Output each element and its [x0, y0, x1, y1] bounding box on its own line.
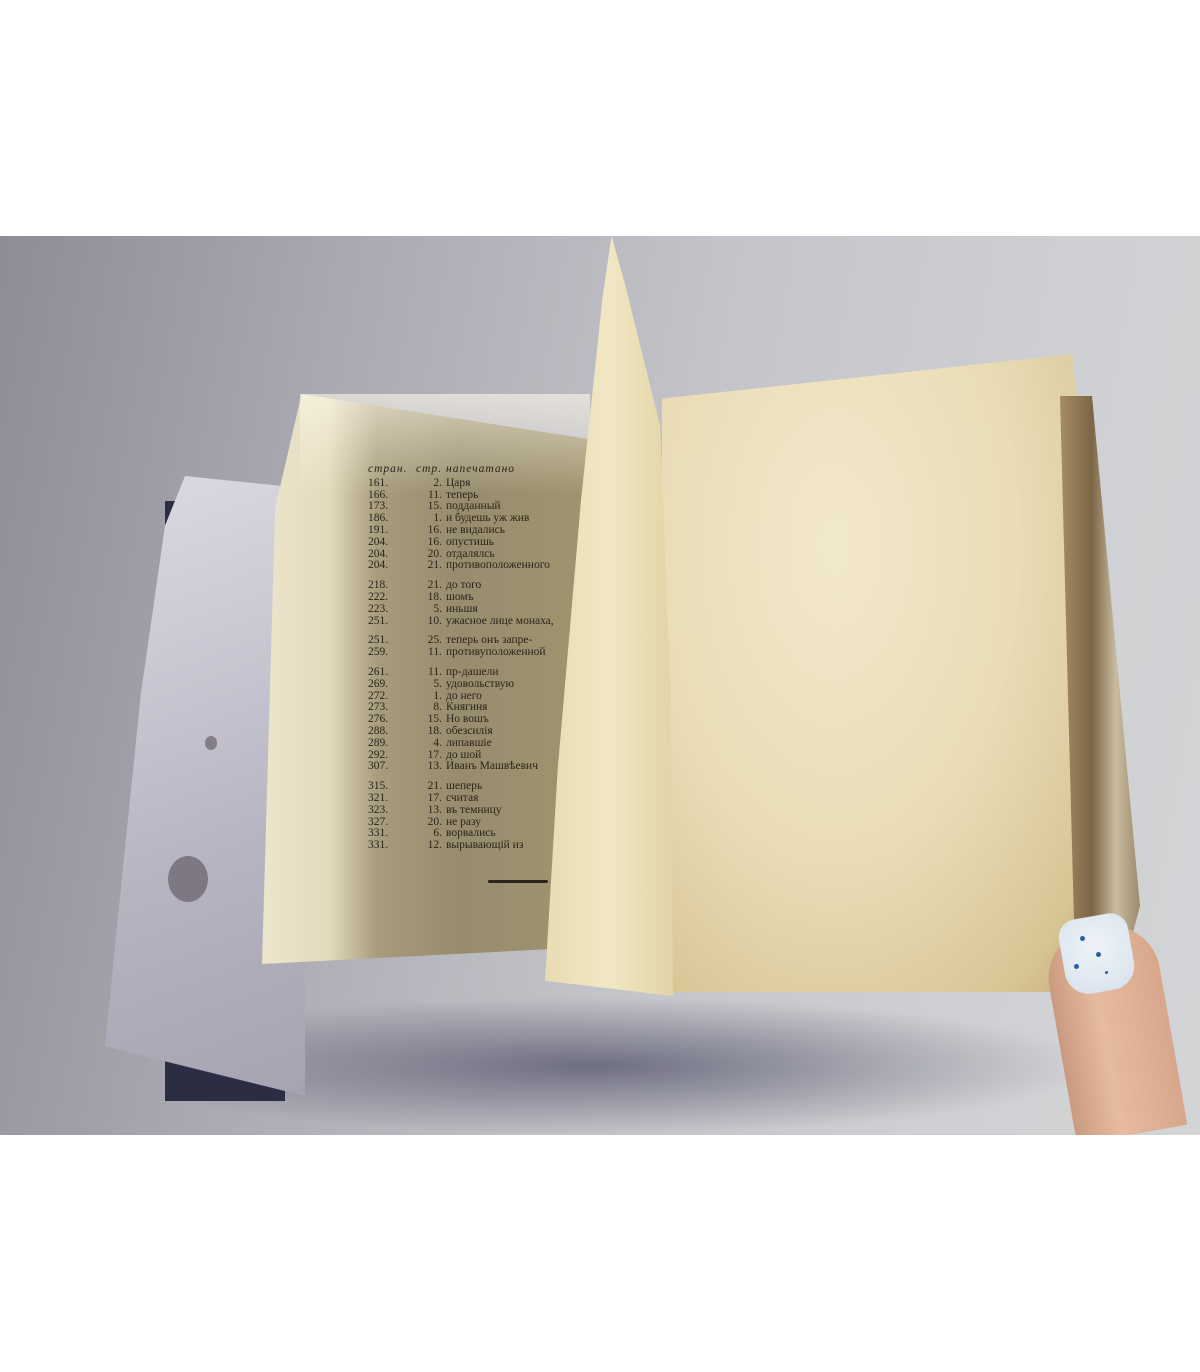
book-photo: стран. стр. напечатано 161.2.Царя 166.11…	[0, 236, 1200, 1135]
errata-row: 173.15.подданный	[368, 501, 588, 513]
errata-row: 161.2.Царя	[368, 478, 588, 490]
errata-row: 259.11.противуположенной	[368, 647, 588, 659]
errata-row: 251.25.теперь онъ запре-	[368, 635, 588, 647]
errata-row: 276.15.Но вошъ	[368, 714, 588, 726]
water-stain	[168, 856, 208, 902]
header-line: стр.	[416, 464, 446, 476]
errata-row: 307.13.Иванъ Машвѣевич	[368, 761, 588, 773]
errata-row: 186.1.и будешь уж жив	[368, 513, 588, 525]
errata-row: 288.18.обезсилія	[368, 726, 588, 738]
header-printed: напечатано	[446, 464, 515, 476]
errata-row: 269.5.удовольствую	[368, 679, 588, 691]
errata-row: 166.11.теперь	[368, 490, 588, 502]
ink-spot	[205, 736, 217, 750]
errata-row: 315.21.шеперь	[368, 781, 588, 793]
errata-row: 251.10.ужасное лице монаха,	[368, 616, 588, 628]
errata-list: стран. стр. напечатано 161.2.Царя 166.11…	[368, 464, 588, 852]
end-ornament	[488, 880, 548, 883]
errata-row: 191.16.не видались	[368, 525, 588, 537]
errata-row: 261.11.пр-дашели	[368, 667, 588, 679]
errata-row: 289.4.липавшіе	[368, 738, 588, 750]
book-shadow	[190, 996, 1090, 1135]
nail-fleck	[1105, 971, 1108, 974]
errata-row: 321.17.считая	[368, 793, 588, 805]
errata-row: 204.20.отдалялсь	[368, 549, 588, 561]
errata-row: 223.5.иньшя	[368, 604, 588, 616]
nail-fleck	[1096, 952, 1101, 957]
errata-row: 273.8.Княгиня	[368, 702, 588, 714]
nail-fleck	[1080, 936, 1085, 941]
errata-row: 272.1.до него	[368, 691, 588, 703]
errata-row: 292.17.до шой	[368, 750, 588, 762]
errata-row: 222.18.шомъ	[368, 592, 588, 604]
errata-row: 204.16.опустишь	[368, 537, 588, 549]
errata-row: 204.21.противоположенного	[368, 560, 588, 572]
right-page-blank	[662, 354, 1094, 992]
nail-fleck	[1074, 964, 1079, 969]
header-page: стран.	[368, 464, 416, 476]
errata-header: стран. стр. напечатано	[368, 464, 588, 476]
errata-row: 218.21.до того	[368, 580, 588, 592]
